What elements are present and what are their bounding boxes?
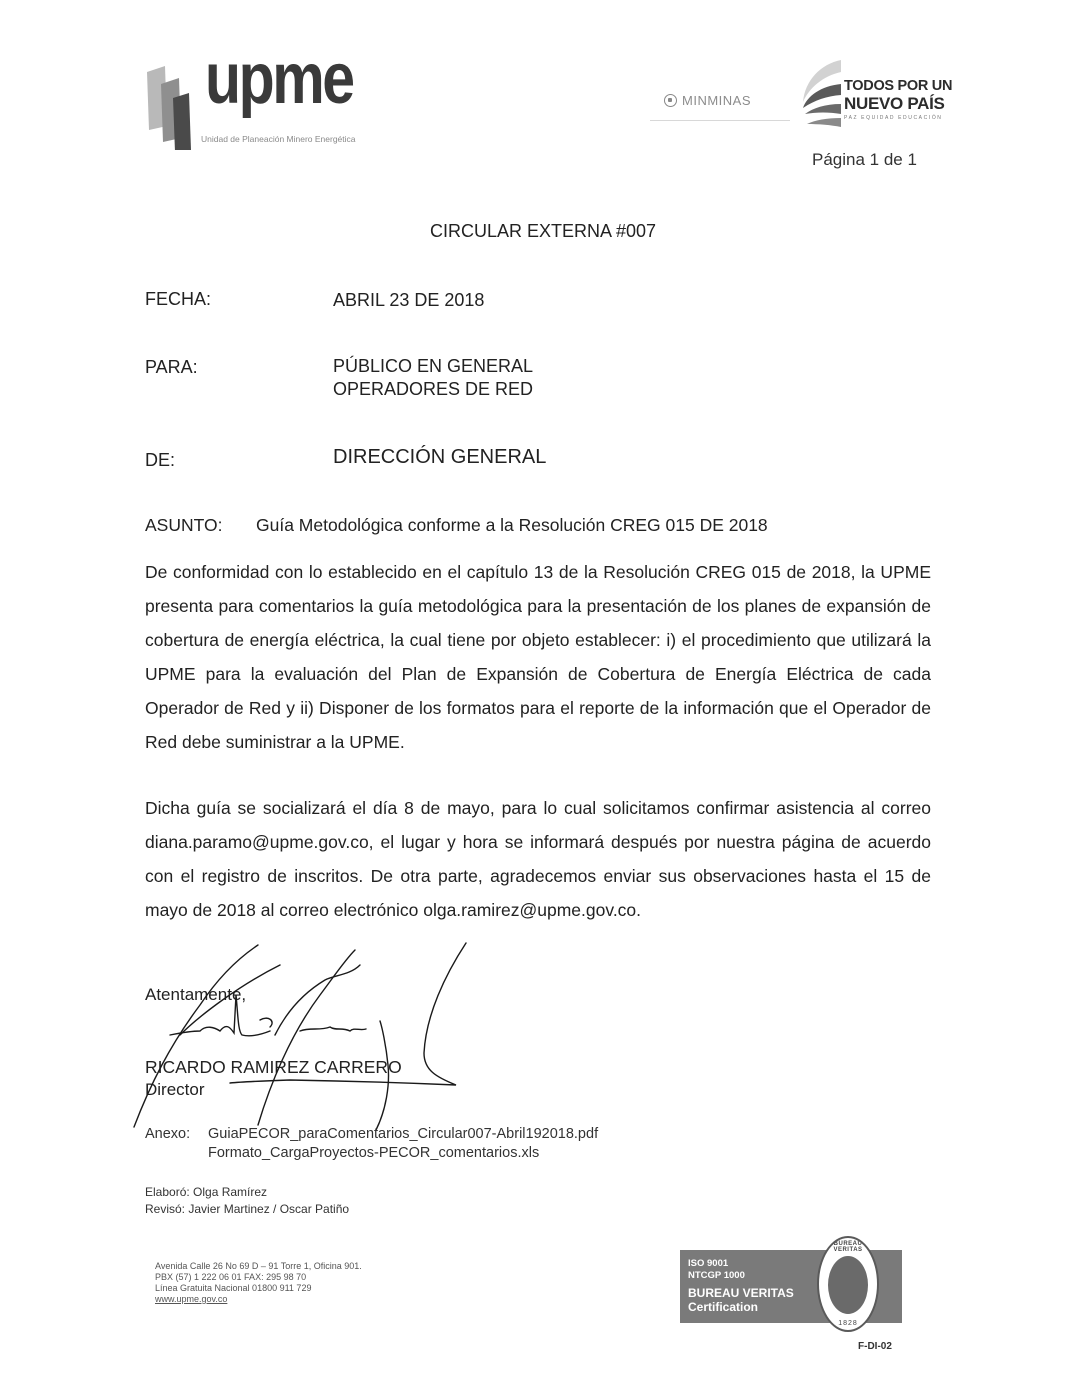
address-line-1: Avenida Calle 26 No 69 D – 91 Torre 1, O… [155, 1261, 362, 1272]
address-line-2: PBX (57) 1 222 06 01 FAX: 295 98 70 [155, 1272, 362, 1283]
prepared-by: Elaboró: Olga Ramírez [145, 1184, 349, 1201]
de-label: DE: [145, 450, 175, 471]
header-divider [650, 120, 790, 121]
slogan-tagline: PAZ EQUIDAD EDUCACIÓN [844, 115, 943, 121]
cert-iso: ISO 9001 [688, 1258, 794, 1270]
annex-file-pdf: GuiaPECOR_paraComentarios_Circular007-Ab… [208, 1125, 598, 1144]
upme-logo-mark-icon [145, 60, 205, 150]
bureau-veritas-seal-icon: BUREAU VERITAS 1828 [817, 1236, 879, 1332]
footer-address: Avenida Calle 26 No 69 D – 91 Torre 1, O… [155, 1261, 362, 1305]
signer-name: RICARDO RAMIREZ CARRERO [145, 1057, 402, 1078]
upme-logo: upme Unidad de Planeación Minero Energét… [145, 52, 385, 152]
signer-title: Director [145, 1080, 205, 1100]
upme-subtitle: Unidad de Planeación Minero Energética [201, 134, 356, 144]
closing: Atentamente, [145, 985, 246, 1005]
flag-swoosh-icon [795, 58, 845, 130]
slogan-line-2: NUEVO PAÍS [844, 94, 945, 114]
cert-bureau: BUREAU VERITAS [688, 1286, 794, 1300]
subject-line: ASUNTO:Guía Metodológica conforme a la R… [145, 515, 768, 536]
form-code: F-DI-02 [858, 1341, 892, 1352]
fecha-value: ABRIL 23 DE 2018 [333, 289, 484, 312]
address-line-3: Línea Gratuita Nacional 01800 911 729 [155, 1283, 362, 1294]
para-value: PÚBLICO EN GENERAL OPERADORES DE RED [333, 355, 533, 401]
credits: Elaboró: Olga Ramírez Revisó: Javier Mar… [145, 1184, 349, 1218]
reviewed-by: Revisó: Javier Martinez / Oscar Patiño [145, 1201, 349, 1218]
para-label: PARA: [145, 357, 198, 378]
gov-slogan-logo: TODOS POR UN NUEVO PAÍS PAZ EQUIDAD EDUC… [795, 58, 955, 130]
annex-section: Anexo: GuiaPECOR_paraComentarios_Circula… [145, 1125, 598, 1163]
upme-wordmark: upme [205, 38, 353, 120]
para-recipient-2: OPERADORES DE RED [333, 378, 533, 401]
annex-file-xls: Formato_CargaProyectos-PECOR_comentarios… [208, 1144, 598, 1163]
para-recipient-1: PÚBLICO EN GENERAL [333, 355, 533, 378]
handwritten-signature-icon [110, 935, 470, 1135]
slogan-line-1: TODOS POR UN [844, 78, 952, 94]
de-value: DIRECCIÓN GENERAL [333, 446, 546, 469]
coat-of-arms-icon [664, 94, 677, 107]
cert-certification: Certification [688, 1300, 794, 1314]
minminas-logo: MINMINAS [664, 93, 751, 108]
certification-badge: ISO 9001 NTCGP 1000 BUREAU VERITAS Certi… [680, 1250, 902, 1323]
document-title: CIRCULAR EXTERNA #007 [0, 221, 1080, 242]
website-link[interactable]: www.upme.gov.co [155, 1294, 362, 1305]
fecha-label: FECHA: [145, 289, 211, 310]
subject-text: Guía Metodológica conforme a la Resoluci… [256, 515, 768, 535]
minminas-label: MINMINAS [682, 93, 751, 108]
body-paragraph-1: De conformidad con lo establecido en el … [145, 555, 931, 759]
page-indicator: Página 1 de 1 [812, 150, 917, 170]
subject-label: ASUNTO: [145, 515, 256, 536]
body-paragraph-2: Dicha guía se socializará el día 8 de ma… [145, 791, 931, 927]
cert-ntcgp: NTCGP 1000 [688, 1270, 794, 1282]
annex-label: Anexo: [145, 1125, 208, 1144]
